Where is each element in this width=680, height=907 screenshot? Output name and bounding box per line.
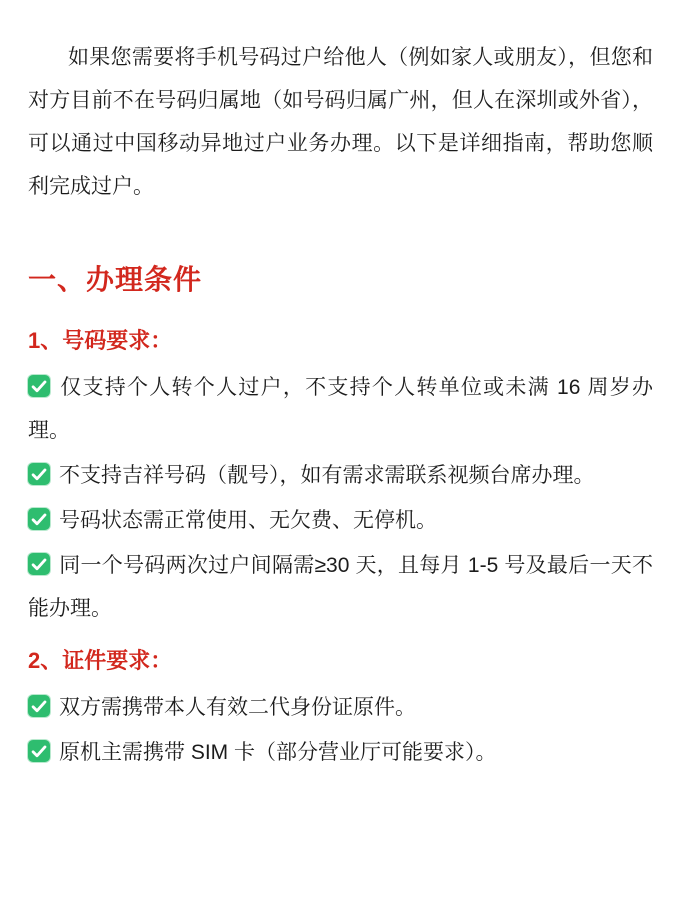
checklist-item: 不支持吉祥号码（靓号），如有需求需联系视频台席办理。 [28, 454, 653, 497]
checklist-item: 双方需携带本人有效二代身份证原件。 [28, 686, 653, 729]
checklist-item: 原机主需携带 SIM 卡（部分营业厅可能要求）。 [28, 731, 653, 774]
check-icon [28, 695, 50, 717]
checklist-item: 同一个号码两次过户间隔需≥30 天，且每月 1-5 号及最后一天不能办理。 [28, 544, 653, 630]
subsection-title-document-requirements: 2、证件要求： [28, 646, 653, 676]
subsection-title-number-requirements: 1、号码要求： [28, 326, 653, 356]
check-icon [28, 553, 50, 575]
checklist-item-text: 仅支持个人转个人过户，不支持个人转单位或未满 16 周岁办理。 [28, 376, 653, 442]
check-icon [28, 463, 50, 485]
checklist-item-text: 不支持吉祥号码（靓号），如有需求需联系视频台席办理。 [59, 464, 595, 487]
check-icon [28, 375, 50, 397]
checklist-item: 仅支持个人转个人过户，不支持个人转单位或未满 16 周岁办理。 [28, 366, 653, 452]
checklist-item: 号码状态需正常使用、无欠费、无停机。 [28, 499, 653, 542]
document-page: 如果您需要将手机号码过户给他人（例如家人或朋友），但您和对方目前不在号码归属地（… [0, 0, 680, 907]
checklist-item-text: 号码状态需正常使用、无欠费、无停机。 [59, 509, 437, 532]
checklist-item-text: 双方需携带本人有效二代身份证原件。 [59, 696, 416, 719]
checklist-item-text: 原机主需携带 SIM 卡（部分营业厅可能要求）。 [59, 741, 497, 764]
section-title: 一、办理条件 [28, 262, 653, 298]
checklist-item-text: 同一个号码两次过户间隔需≥30 天，且每月 1-5 号及最后一天不能办理。 [28, 554, 653, 620]
check-icon [28, 508, 50, 530]
check-icon [28, 740, 50, 762]
intro-paragraph: 如果您需要将手机号码过户给他人（例如家人或朋友），但您和对方目前不在号码归属地（… [28, 36, 653, 208]
